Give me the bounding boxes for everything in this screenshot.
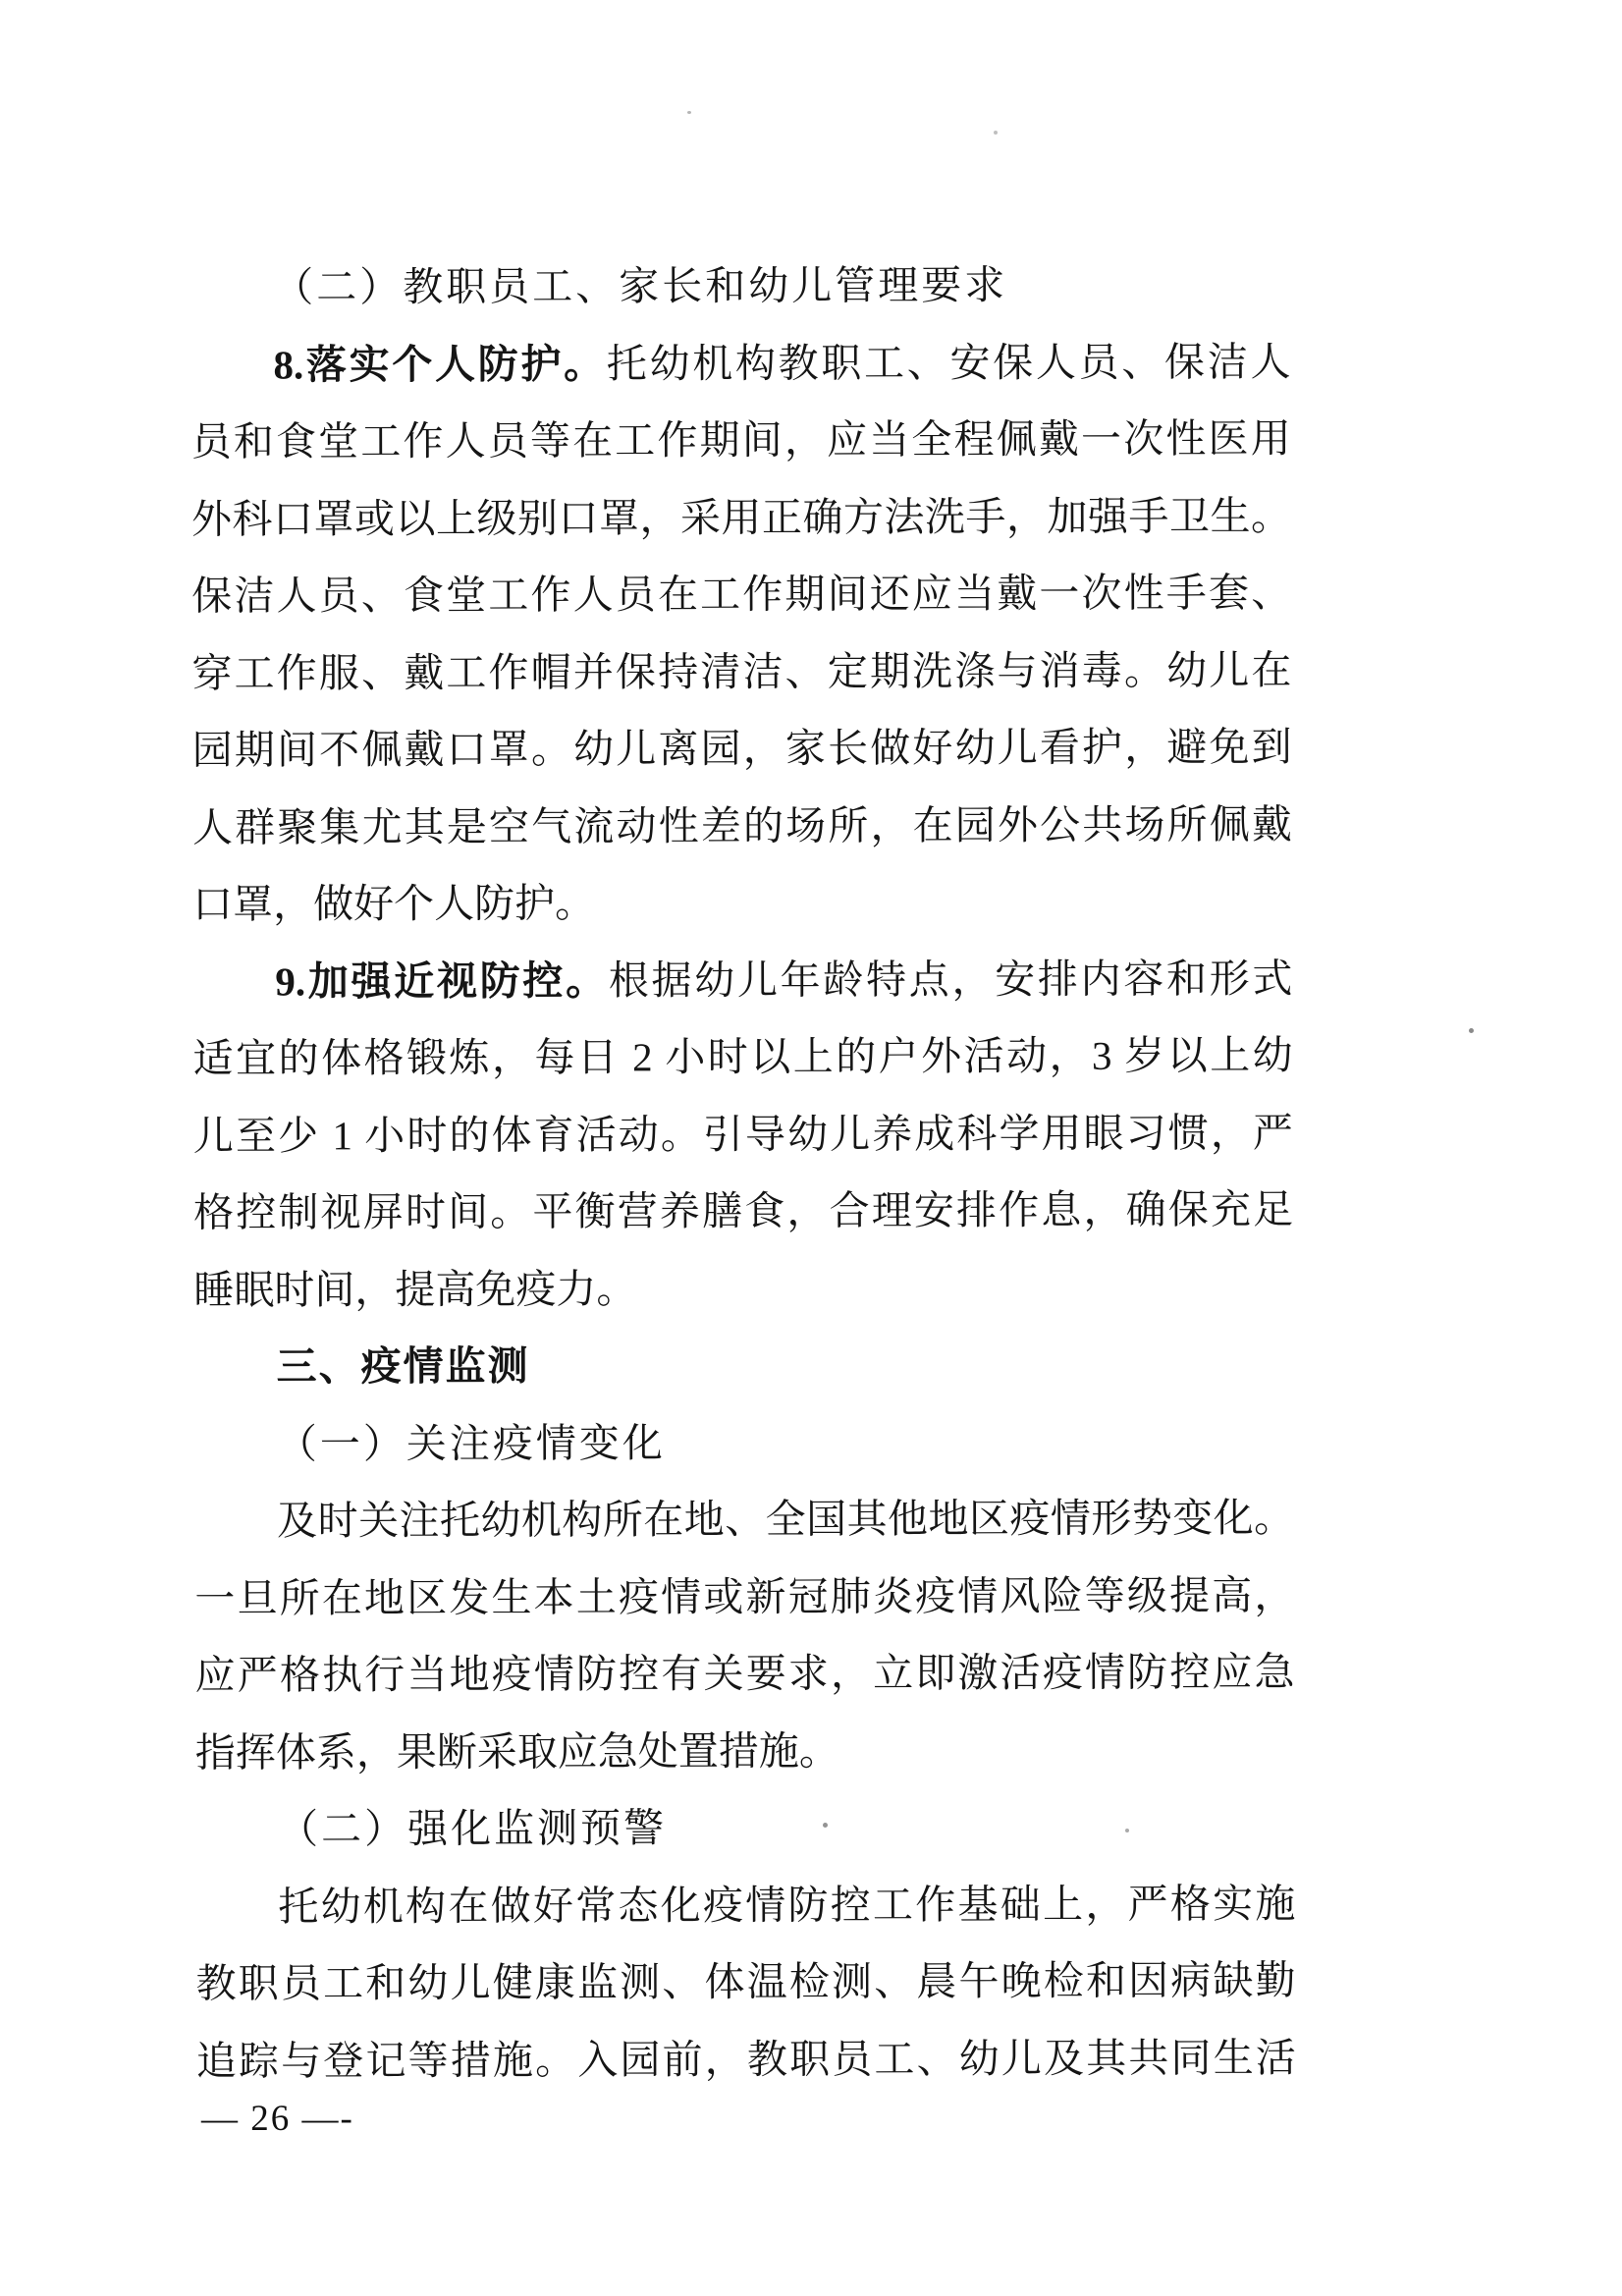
text-line: 外科口罩或以上级别口罩，采用正确方法洗手，加强手卫生。 (191, 477, 1291, 558)
text-line: 适宜的体格锻炼，每日 2 小时以上的户外活动，3 岁以上幼 (193, 1016, 1293, 1097)
text-line: 儿至少 1 小时的体育活动。引导幼儿养成科学用眼习惯，严 (193, 1094, 1293, 1175)
section-heading-epidemic-monitoring: 三、疫情监测 (193, 1325, 1293, 1405)
text-line: 及时关注托幼机构所在地、全国其他地区疫情形势变化。 (194, 1479, 1294, 1559)
text-line: 指挥体系，果断采取应急处置措施。 (195, 1711, 1295, 1791)
text-line: 园期间不佩戴口罩。幼儿离园，家长做好幼儿看护，避免到 (192, 708, 1292, 789)
item-8-text: 托幼机构教职工、安保人员、保洁人 (607, 339, 1291, 386)
text-line: 格控制视屏时间。平衡营养膳食，合理安排作息，确保充足 (193, 1171, 1293, 1251)
scan-speck (994, 131, 998, 135)
document-page: （二）教职员工、家长和幼儿管理要求 8.落实个人防护。托幼机构教职工、安保人员、… (0, 0, 1622, 2296)
text-line: 人群聚集尤其是空气流动性差的场所，在园外公共场所佩戴 (192, 786, 1292, 866)
page-number: — 26 —- (201, 2098, 354, 2140)
text-line: 保洁人员、食堂工作人员在工作期间还应当戴一次性手套、 (191, 554, 1291, 634)
text-line: 员和食堂工作人员等在工作期间，应当全程佩戴一次性医用 (191, 400, 1291, 480)
item-9-text: 根据幼儿年龄特点，安排内容和形式 (609, 956, 1293, 1003)
text-line: 一旦所在地区发生本土疫情或新冠肺炎疫情风险等级提高， (194, 1557, 1294, 1637)
subsection-heading-strengthen-monitoring-warning: （二）强化监测预警 (195, 1787, 1295, 1868)
subsection-heading-staff-management: （二）教职员工、家长和幼儿管理要求 (190, 246, 1290, 326)
text-line: 托幼机构在做好常态化疫情防控工作基础上，严格实施 (195, 1865, 1295, 1945)
document-body: （二）教职员工、家长和幼儿管理要求 8.落实个人防护。托幼机构教职工、安保人员、… (190, 246, 1296, 2100)
item-9-bold-lead: 9.加强近视防控。 (275, 957, 609, 1004)
text-line: 应严格执行当地疫情防控有关要求，立即激活疫情防控应急 (194, 1633, 1294, 1714)
text-line: 口罩，做好个人防护。 (192, 862, 1292, 943)
text-line: 追踪与登记等措施。入园前，教职员工、幼儿及其共同生活 (196, 2019, 1296, 2100)
scan-speck (1125, 1829, 1129, 1832)
scan-speck (1469, 1028, 1474, 1033)
subsection-heading-watch-epidemic-changes: （一）关注疫情变化 (194, 1402, 1294, 1483)
scan-speck (823, 1823, 828, 1828)
text-line: 穿工作服、戴工作帽并保持清洁、定期洗涤与消毒。幼儿在 (191, 631, 1291, 712)
item-8-bold-lead: 8.落实个人防护。 (273, 341, 607, 387)
scan-speck (687, 111, 691, 114)
text-line: 睡眠时间，提高免疫力。 (193, 1248, 1293, 1329)
text-line: 9.加强近视防控。根据幼儿年龄特点，安排内容和形式 (192, 940, 1292, 1020)
text-line: 8.落实个人防护。托幼机构教职工、安保人员、保洁人 (190, 323, 1290, 404)
text-line: 教职员工和幼儿健康监测、体温检测、晨午晚检和因病缺勤 (195, 1941, 1295, 2022)
